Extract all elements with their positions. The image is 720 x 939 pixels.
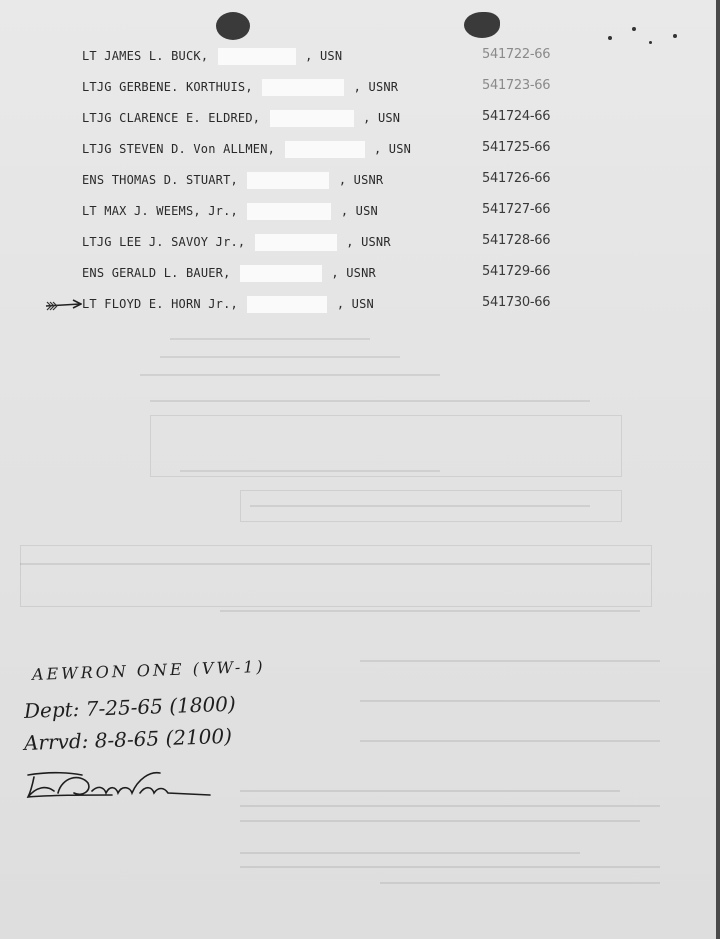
ink-speck [649, 41, 652, 44]
rank: LT [82, 297, 97, 311]
roster-row: LTJG STEVEN D. Von ALLMEN, , USN 541725-… [0, 139, 720, 159]
ink-speck [608, 36, 612, 40]
service-branch: , USN [337, 297, 374, 311]
redaction-box [240, 265, 322, 282]
punch-hole-right [464, 12, 500, 38]
bureau-number: 541729-66 [482, 264, 550, 279]
redaction-box [285, 141, 365, 158]
bureau-number: 541723-66 [482, 78, 550, 93]
handwritten-departure: Dept: 7-25-65 (1800) [24, 692, 237, 723]
service-branch: , USN [341, 204, 378, 218]
service-branch: , USN [305, 49, 342, 63]
roster-row: LT JAMES L. BUCK, , USN 541722-66 [0, 46, 720, 66]
roster-row: ENS THOMAS D. STUART, , USNR 541726-66 [0, 170, 720, 190]
officer-name: JAMES L. BUCK, [104, 49, 208, 63]
handwritten-arrival: Arrvd: 8-8-65 (2100) [24, 724, 233, 755]
officer-name: THOMAS D. STUART, [112, 173, 238, 187]
roster-row: ENS GERALD L. BAUER, , USNR 541729-66 [0, 263, 720, 283]
rank: ENS [82, 173, 104, 187]
ink-speck [673, 34, 677, 38]
redaction-box [262, 79, 344, 96]
rank: LTJG [82, 142, 112, 156]
scanned-document-page: LT JAMES L. BUCK, , USN 541722-66 LTJG G… [0, 0, 720, 939]
officer-name: GERBENE. KORTHUIS, [119, 80, 253, 94]
bureau-number: 541727-66 [482, 202, 550, 217]
redaction-box [218, 48, 296, 65]
roster-row: LT MAX J. WEEMS, Jr., , USN 541727-66 [0, 201, 720, 221]
rank: LTJG [82, 235, 112, 249]
service-branch: , USNR [346, 235, 391, 249]
rank: LTJG [82, 111, 112, 125]
bureau-number: 541728-66 [482, 233, 550, 248]
service-branch: , USNR [354, 80, 399, 94]
signature-scribble [22, 765, 212, 805]
roster-row: LTJG GERBENE. KORTHUIS, , USNR 541723-66 [0, 77, 720, 97]
roster-row-highlighted: LT FLOYD E. HORN Jr., , USN 541730-66 [0, 294, 720, 314]
roster-row: LTJG CLARENCE E. ELDRED, , USN 541724-66 [0, 108, 720, 128]
rank: LT [82, 204, 97, 218]
service-branch: , USN [363, 111, 400, 125]
bureau-number: 541730-66 [482, 295, 550, 310]
officer-name: MAX J. WEEMS, Jr., [104, 204, 238, 218]
roster-row: LTJG LEE J. SAVOY Jr., , USNR 541728-66 [0, 232, 720, 252]
officer-name: STEVEN D. Von ALLMEN, [119, 142, 275, 156]
handwritten-unit: AEWRON ONE (VW-1) [32, 657, 266, 684]
redaction-box [247, 296, 327, 313]
bureau-number: 541725-66 [482, 140, 550, 155]
bureau-number: 541726-66 [482, 171, 550, 186]
officer-name: GERALD L. BAUER, [112, 266, 231, 280]
rank: LTJG [82, 80, 112, 94]
arrow-marker-icon [44, 297, 82, 311]
rank: LT [82, 49, 97, 63]
officer-name: FLOYD E. HORN Jr., [104, 297, 238, 311]
service-branch: , USNR [331, 266, 376, 280]
punch-hole-left [216, 12, 250, 40]
ink-speck [632, 27, 636, 31]
redaction-box [247, 172, 329, 189]
officer-name: CLARENCE E. ELDRED, [119, 111, 260, 125]
rank: ENS [82, 266, 104, 280]
redaction-box [270, 110, 354, 127]
redaction-box [247, 203, 331, 220]
service-branch: , USNR [339, 173, 384, 187]
bureau-number: 541722-66 [482, 47, 550, 62]
officer-name: LEE J. SAVOY Jr., [119, 235, 245, 249]
service-branch: , USN [374, 142, 411, 156]
bureau-number: 541724-66 [482, 109, 550, 124]
redaction-box [255, 234, 337, 251]
